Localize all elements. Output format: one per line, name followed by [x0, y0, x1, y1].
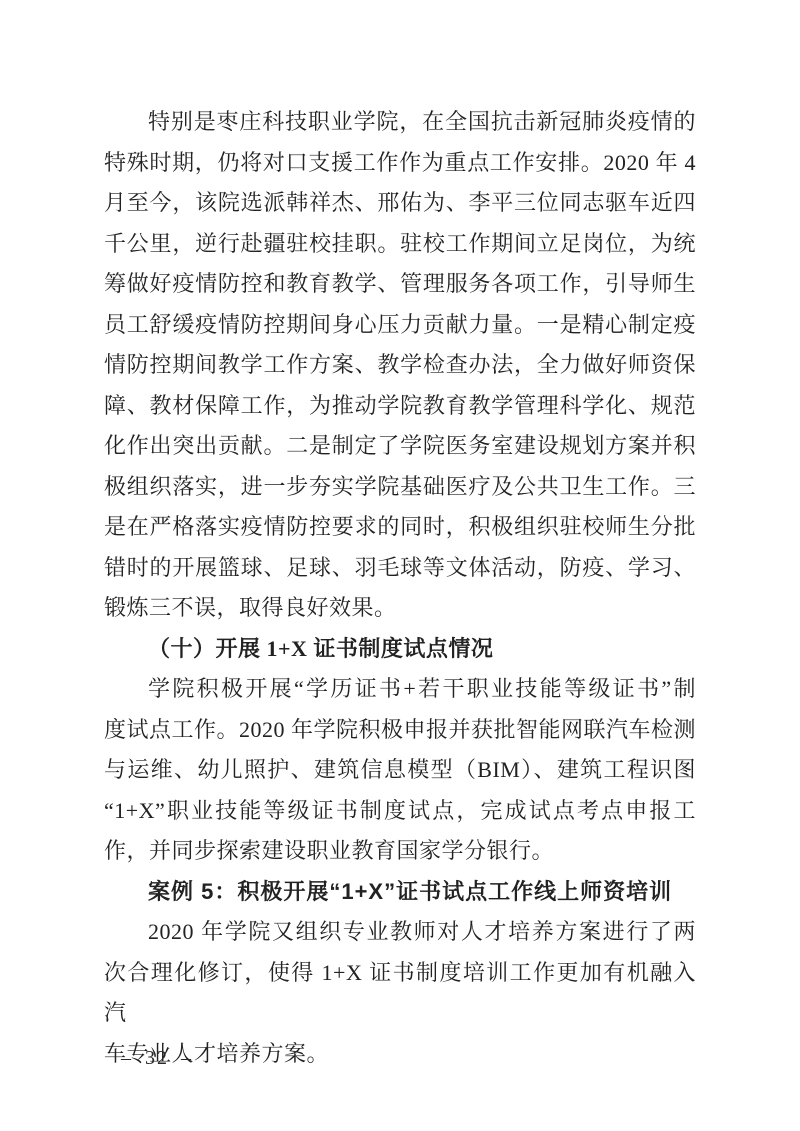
body-text-line: 度试点工作。2020 年学院积极申报并获批智能网联汽车检测: [104, 710, 696, 751]
body-text-line: 筹做好疫情防控和教育教学、管理服务各项工作，引导师生: [104, 264, 696, 305]
body-text-line: 锻炼三不误，取得良好效果。: [104, 588, 696, 629]
document-body: 特别是枣庄科技职业学院，在全国抗击新冠肺炎疫情的特殊时期，仍将对口支援工作作为重…: [104, 102, 696, 1074]
body-text-line: 作，并同步探索建设职业教育国家学分银行。: [104, 831, 696, 872]
section-heading: （十）开展 1+X 证书制度试点情况: [104, 629, 696, 670]
body-text-line: 情防控期间教学工作方案、教学检查办法，全力做好师资保: [104, 345, 696, 386]
body-text-line: 月至今，该院选派韩祥杰、邢佑为、李平三位同志驱车近四: [104, 183, 696, 224]
body-text-line: 千公里，逆行赴疆驻校挂职。驻校工作期间立足岗位，为统: [104, 224, 696, 265]
body-text-line: 学院积极开展“学历证书+若干职业技能等级证书”制: [104, 669, 696, 710]
body-text-line: 特别是枣庄科技职业学院，在全国抗击新冠肺炎疫情的: [104, 102, 696, 143]
body-text-line: 是在严格落实疫情防控要求的同时，积极组织驻校师生分批: [104, 507, 696, 548]
body-text-line: 化作出突出贡献。二是制定了学院医务室建设规划方案并积: [104, 426, 696, 467]
body-text-line: 次合理化修订，使得 1+X 证书制度培训工作更加有机融入汽: [104, 953, 696, 1034]
body-text-line: 极组织落实，进一步夯实学院基础医疗及公共卫生工作。三: [104, 467, 696, 508]
document-page: 特别是枣庄科技职业学院，在全国抗击新冠肺炎疫情的特殊时期，仍将对口支援工作作为重…: [0, 0, 800, 1131]
body-text-line: “1+X”职业技能等级证书制度试点，完成试点考点申报工: [104, 791, 696, 832]
body-text-line: 员工舒缓疫情防控期间身心压力贡献力量。一是精心制定疫: [104, 305, 696, 346]
page-number: – 32 –: [121, 1046, 193, 1070]
body-text-line: 与运维、幼儿照护、建筑信息模型（BIM）、建筑工程识图: [104, 750, 696, 791]
body-text-line: 特殊时期，仍将对口支援工作作为重点工作安排。2020 年 4: [104, 143, 696, 184]
case-heading: 案例 5：积极开展“1+X”证书试点工作线上师资培训: [104, 872, 696, 913]
body-text-line: 2020 年学院又组织专业教师对人才培养方案进行了两: [104, 912, 696, 953]
body-text-line: 错时的开展篮球、足球、羽毛球等文体活动，防疫、学习、: [104, 548, 696, 589]
body-text-line: 障、教材保障工作，为推动学院教育教学管理科学化、规范: [104, 386, 696, 427]
